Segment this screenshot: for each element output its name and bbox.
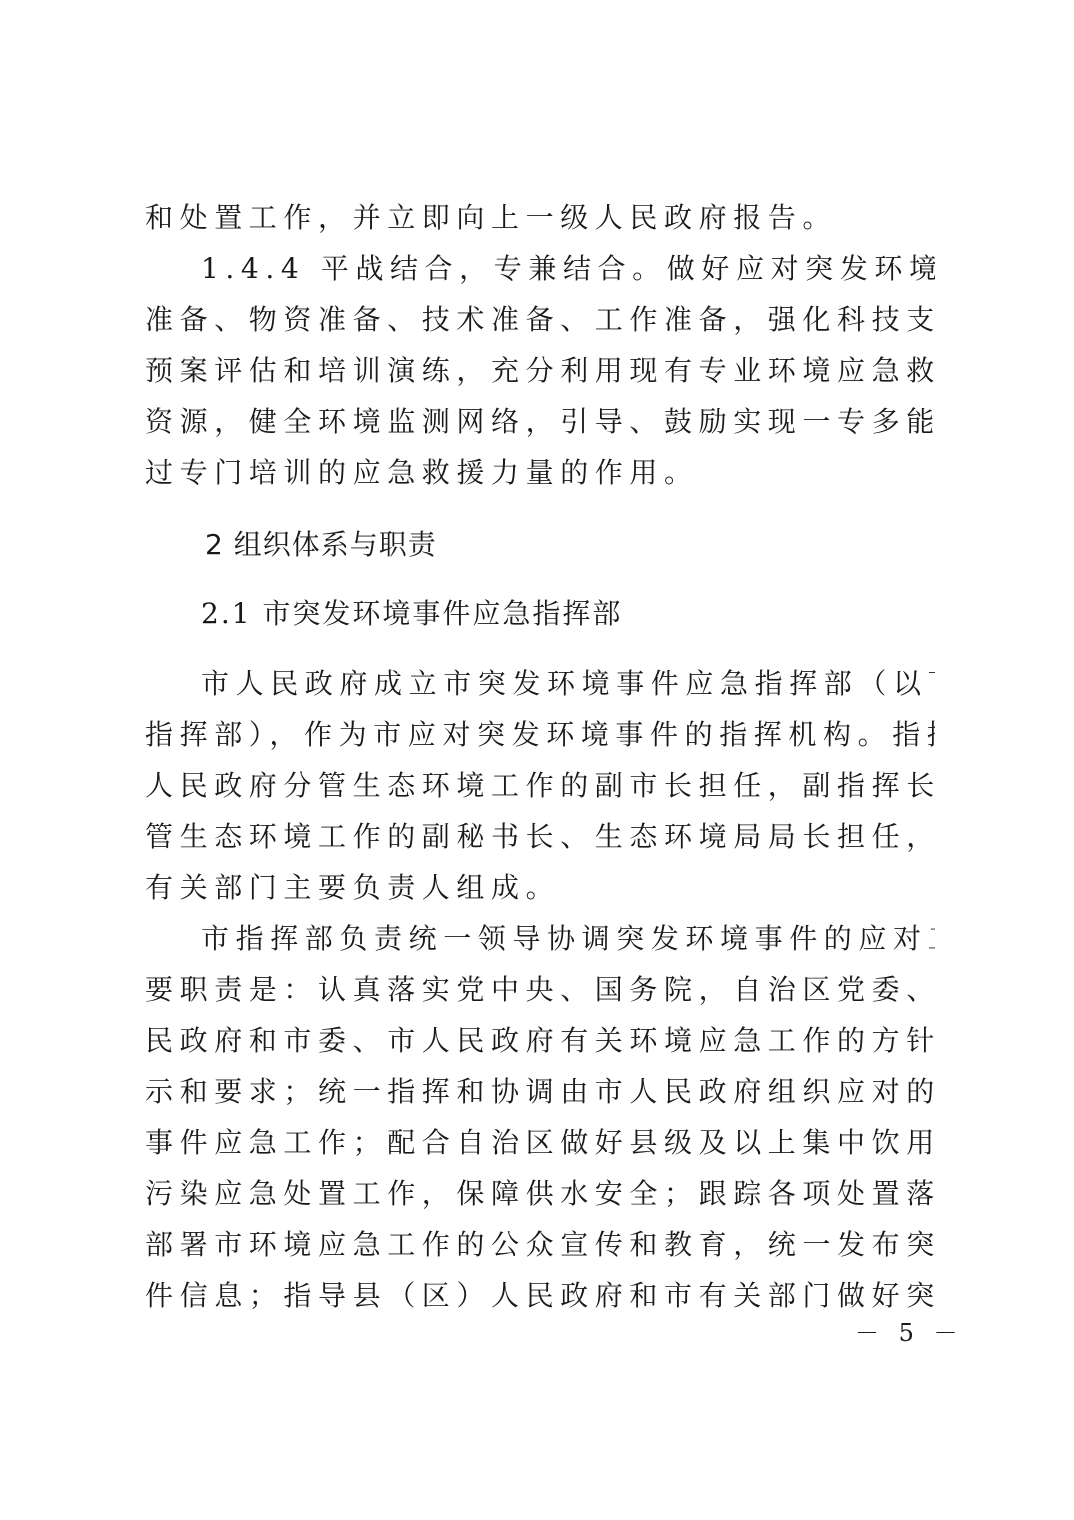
section-heading: 2.1 市突发环境事件应急指挥部	[201, 596, 622, 632]
paragraph-line: 预案评估和培训演练，充分利用现有专业环境应急救援力量等	[145, 353, 935, 389]
paragraph-line: 示和要求；统一指挥和协调由市人民政府组织应对的突发环境	[145, 1074, 935, 1110]
paragraph-line: 指挥部），作为市应对突发环境事件的指挥机构。指挥长由市	[145, 717, 935, 753]
paragraph-line: 资源，健全环境监测网络，引导、鼓励实现一专多能，发挥经	[145, 404, 935, 440]
paragraph-line: 件信息；指导县（区）人民政府和市有关部门做好突发环境事	[145, 1278, 935, 1314]
paragraph-line: 过专门培训的应急救援力量的作用。	[145, 455, 935, 491]
document-page: 和处置工作，并立即向上一级人民政府报告。 1.4.4 平战结合，专兼结合。做好应…	[0, 0, 1074, 1520]
paragraph-line: 1.4.4 平战结合，专兼结合。做好应对突发环境事件的思想	[201, 251, 935, 287]
paragraph-line: 准备、物资准备、技术准备、工作准备，强化科技支撑，加强	[145, 302, 935, 338]
page-number: － 5 －	[855, 1318, 964, 1348]
paragraph-line: 管生态环境工作的副秘书长、生态环境局局长担任，成员由市	[145, 819, 935, 855]
chapter-heading: 2 组织体系与职责	[205, 527, 437, 563]
paragraph-line: 事件应急工作；配合自治区做好县级及以上集中饮用水水源地	[145, 1125, 935, 1161]
paragraph-line: 人民政府分管生态环境工作的副市长担任，副指挥长由协助分	[145, 768, 935, 804]
paragraph-line: 民政府和市委、市人民政府有关环境应急工作的方针政策、指	[145, 1023, 935, 1059]
paragraph-line: 和处置工作，并立即向上一级人民政府报告。	[145, 200, 935, 236]
paragraph-line: 有关部门主要负责人组成。	[145, 870, 935, 906]
paragraph-line: 要职责是：认真落实党中央、国务院，自治区党委、自治区人	[145, 972, 935, 1008]
paragraph-line: 市指挥部负责统一领导协调突发环境事件的应对工作。主	[201, 921, 935, 957]
paragraph-line: 部署市环境应急工作的公众宣传和教育，统一发布突发环境事	[145, 1227, 935, 1263]
paragraph-line: 市人民政府成立市突发环境事件应急指挥部（以下简称市	[201, 666, 935, 702]
paragraph-line: 污染应急处置工作，保障供水安全；跟踪各项处置落实情况；	[145, 1176, 935, 1212]
